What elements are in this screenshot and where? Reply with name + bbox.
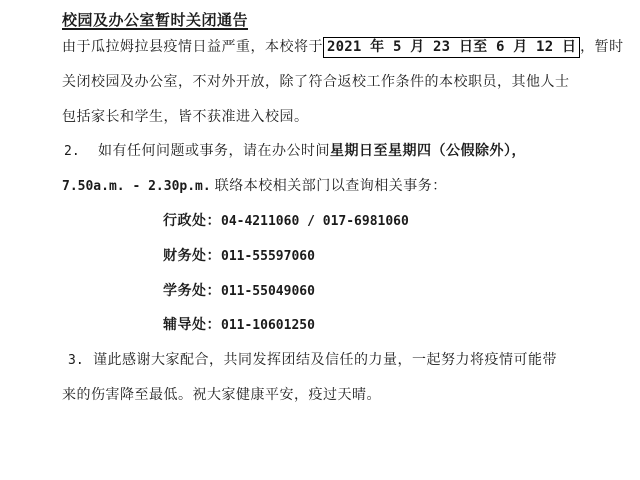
p2-office-days-bold: 星期日至星期四（公假除外）， [330, 144, 526, 159]
contact-row-counseling: 辅导处：011-10601250 [62, 309, 600, 344]
contact-phone-admin: 04-4211060 / 017-6981060 [221, 214, 409, 229]
p1-text-before-date: 由于瓜拉姆拉县疫情日益严重，本校将于 [62, 40, 323, 55]
contact-phone-finance: 011-55597060 [221, 249, 315, 264]
p1-line2-text: 关闭校园及办公室，不对外开放，除了符合返校工作条件的本校职员，其他人士 [62, 75, 570, 90]
contact-phone-academic: 011-55049060 [221, 284, 315, 299]
contact-row-admin: 行政处：04-4211060 / 017-6981060 [62, 205, 600, 240]
notice-document: 校园及办公室暂时关闭通告 由于瓜拉姆拉县疫情日益严重，本校将于2021 年 5 … [0, 0, 640, 480]
office-hours-time: 7.50a.m. - 2.30p.m. [62, 179, 211, 194]
list-number-3: 3. [62, 344, 93, 379]
paragraph2-line2: 7.50a.m. - 2.30p.m. 联络本校相关部门以查询相关事务： [62, 170, 600, 205]
paragraph1-line3: 包括家长和学生，皆不获准进入校园。 [62, 101, 600, 136]
document-title: 校园及办公室暂时关闭通告 [62, 11, 600, 31]
contact-label-admin: 行政处： [163, 214, 221, 229]
p2-tail-text: 联络本校相关部门以查询相关事务： [211, 179, 447, 194]
contact-row-finance: 财务处：011-55597060 [62, 240, 600, 275]
contact-phone-counseling: 011-10601250 [221, 318, 315, 333]
paragraph3-line2: 来的伤害降至最低。祝大家健康平安，疫过天晴。 [62, 379, 600, 414]
p1-text-after-date: ，暂时 [580, 40, 624, 55]
contact-row-academic: 学务处：011-55049060 [62, 275, 600, 310]
closure-date-box: 2021 年 5 月 23 日至 6 月 12 日 [323, 37, 580, 58]
p3-line1-text: 谨此感谢大家配合，共同发挥团结及信任的力量，一起努力将疫情可能带 [93, 353, 557, 368]
paragraph1-line1: 由于瓜拉姆拉县疫情日益严重，本校将于2021 年 5 月 23 日至 6 月 1… [62, 31, 600, 66]
p2-regular-text: 如有任何问题或事务，请在办公时间 [98, 144, 330, 159]
contact-label-finance: 财务处： [163, 249, 221, 264]
p3-line2-text: 来的伤害降至最低。祝大家健康平安，疫过天晴。 [62, 388, 381, 403]
paragraph1-line2: 关闭校园及办公室，不对外开放，除了符合返校工作条件的本校职员，其他人士 [62, 66, 600, 101]
paragraph3-line1: 3.谨此感谢大家配合，共同发挥团结及信任的力量，一起努力将疫情可能带 [62, 344, 600, 379]
contact-label-counseling: 辅导处： [163, 318, 221, 333]
paragraph2-line1: 2.如有任何问题或事务，请在办公时间星期日至星期四（公假除外）， [62, 135, 600, 170]
contact-label-academic: 学务处： [163, 284, 221, 299]
list-number-2: 2. [62, 135, 98, 170]
p1-line3-text: 包括家长和学生，皆不获准进入校园。 [62, 110, 309, 125]
